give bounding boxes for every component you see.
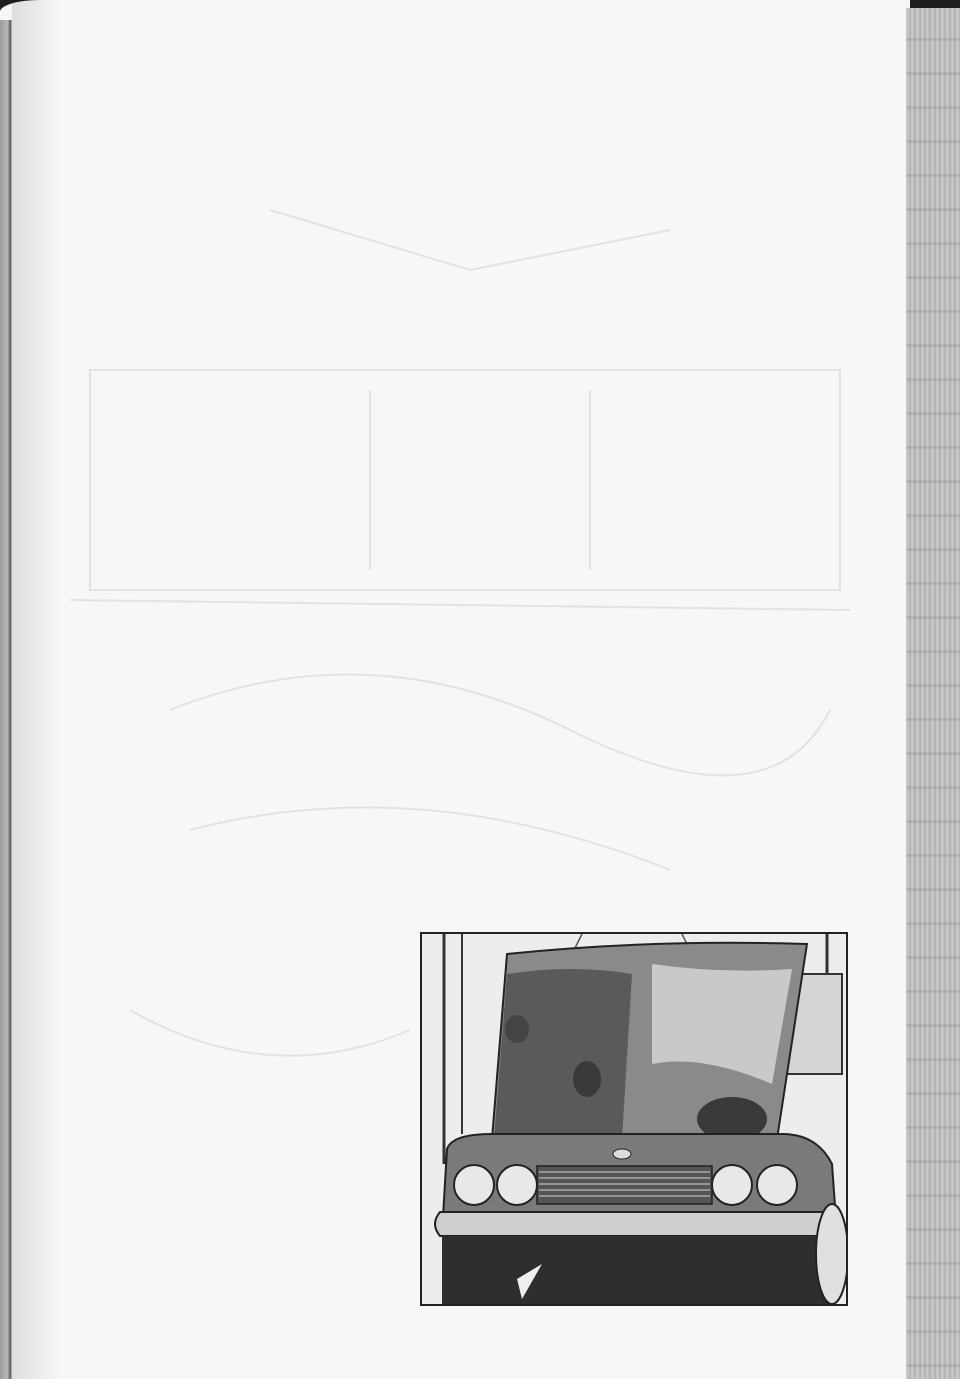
car-illustration (422, 934, 846, 1304)
manga-panel (420, 932, 848, 1306)
manga-page (0, 0, 910, 1379)
book-page-edges (906, 8, 960, 1379)
book-gutter (0, 20, 12, 1379)
binding-shadow (12, 0, 62, 1379)
